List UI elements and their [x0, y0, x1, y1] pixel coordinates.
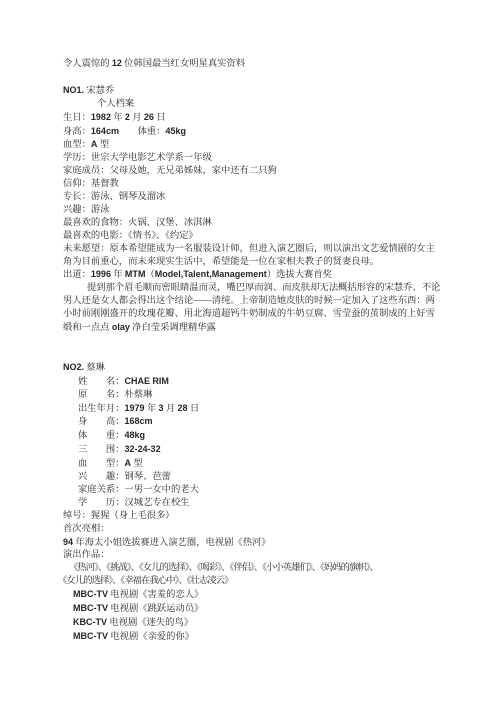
blank-line [63, 335, 441, 348]
s2-tv-work: MBC-TV 电视剧《害羞的恋人》 [63, 588, 441, 602]
s1-field-blood-type: 血型：A 型 [63, 138, 441, 152]
s1-field-hobby: 兴趣：游泳 [63, 204, 441, 217]
doc-title: 令人震惊的 12 位韩国最当红女明星真实资料 [63, 57, 441, 71]
s2-field-name: 姓 名：CHAE RIM [63, 375, 441, 389]
s2-nickname: 绰号：猩猩（身上毛很多） [63, 510, 441, 523]
s2-works-label: 演出作品： [63, 549, 441, 562]
s1-field-specialty: 专长：游泳、钢琴及溜冰 [63, 191, 441, 204]
s2-tv-work: MBC-TV 电视剧《跳跃运动员》 [63, 602, 441, 616]
s2-field-birth-date: 出生年月：1979 年 3 月 28 日 [63, 402, 441, 416]
s2-debut-label: 首次亮相： [63, 523, 441, 536]
s1-subheading: 个人档案 [63, 98, 441, 111]
s1-intro-paragraph: 提到那个眉毛顺而密眼睛温而灵，嘴巴厚而润、而皮肤却无法概括形容的宋慧乔、不论 男… [63, 282, 441, 335]
s2-field-blood-type: 血 型：A 型 [63, 457, 441, 471]
s2-field-hobby: 兴 趣：钢琴、芭蕾 [63, 471, 441, 484]
blank-line [63, 71, 441, 84]
s2-field-family: 家庭关系：一男一女中的老大 [63, 484, 441, 497]
s1-debut: 出道：1996 年 MTM（Model,Talent,Management）选拔… [63, 268, 441, 282]
s1-field-education: 学历：世宗大学电影艺术学系一年级 [63, 152, 441, 165]
s1-field-birthday: 生日：1982 年 2 月 26 日 [63, 111, 441, 125]
s1-field-favorite-movie: 最喜欢的电影：《情书》、《约定》 [63, 230, 441, 243]
s1-field-family: 家庭成员：父母及她，无兄弟姊妹，家中还有二只狗 [63, 165, 441, 178]
s2-tv-work: KBC-TV 电视剧《迷失的鸟》 [63, 616, 441, 630]
s2-debut-text: 94 年海太小姐选拔赛进入演艺圈，电视剧《热河》 [63, 536, 441, 550]
s2-works-line: 《热河》、《挑战》、《女儿的选择》、《喝彩》、《伴侣》、《小小英雄们》、《妈妈的… [63, 562, 441, 575]
s2-works-line: 《女儿的选择》、《幸福在我心中》、《壮志凌云》 [58, 575, 441, 588]
s2-field-weight: 体 重：48kg [63, 429, 441, 443]
s2-field-height: 身 高：168cm [63, 415, 441, 429]
s1-future-wish: 未来愿望：原本希望能成为一名服装设计师，但进入演艺圈后，则以演出文艺爱情剧的女主… [63, 243, 441, 269]
s1-heading: NO1. 宋慧乔 [63, 84, 441, 98]
s1-field-height-weight: 身高：164cm 体重：45kg [63, 125, 441, 139]
s2-field-education: 学 历：汉城艺专在校生 [63, 497, 441, 510]
s1-field-favorite-food: 最喜欢的食物：火锅、汉堡、冰淇淋 [63, 217, 441, 230]
s2-field-original-name: 原 名：朴蔡琳 [63, 389, 441, 402]
document-page: 令人震惊的 12 位韩国最当红女明星真实资料 NO1. 宋慧乔 个人档案 生日：… [0, 0, 496, 702]
s1-field-religion: 信仰：基督教 [63, 178, 441, 191]
s2-field-measurements: 三 围：32-24-32 [63, 443, 441, 457]
blank-line [63, 348, 441, 361]
s2-tv-work: MBC-TV 电视剧《亲爱的你》 [63, 630, 441, 644]
s2-heading: NO2. 蔡琳 [63, 361, 441, 375]
